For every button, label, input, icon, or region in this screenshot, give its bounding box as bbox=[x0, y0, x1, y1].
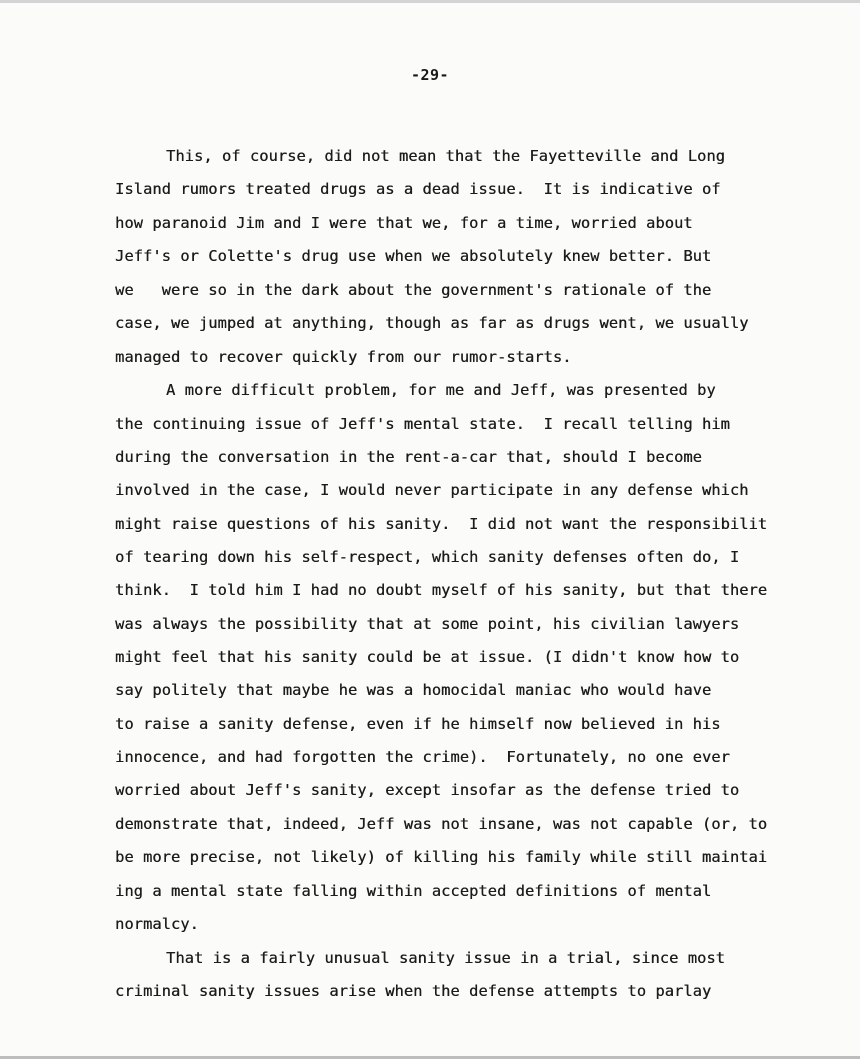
page-number: -29- bbox=[0, 66, 860, 84]
text-line: Jeff's or Colette's drug use when we abs… bbox=[115, 246, 711, 266]
text-line: say politely that maybe he was a homocid… bbox=[115, 680, 711, 700]
text-line: was always the possibility that at some … bbox=[115, 614, 739, 634]
text-line: think. I told him I had no doubt myself … bbox=[115, 580, 767, 600]
text-line: demonstrate that, indeed, Jeff was not i… bbox=[115, 814, 767, 834]
text-line: worried about Jeff's sanity, except inso… bbox=[115, 780, 739, 800]
text-line: to raise a sanity defense, even if he hi… bbox=[115, 714, 721, 734]
text-line: criminal sanity issues arise when the de… bbox=[115, 981, 711, 1001]
text-line: of tearing down his self-respect, which … bbox=[115, 547, 739, 567]
text-line: That is a fairly unusual sanity issue in… bbox=[166, 948, 725, 968]
text-line: might feel that his sanity could be at i… bbox=[115, 647, 739, 667]
scan-top-border bbox=[0, 0, 860, 3]
text-line: might raise questions of his sanity. I d… bbox=[115, 514, 767, 534]
text-line: the continuing issue of Jeff's mental st… bbox=[115, 414, 730, 434]
text-line: we were so in the dark about the governm… bbox=[115, 280, 711, 300]
text-line: normalcy. bbox=[115, 914, 199, 934]
text-line: be more precise, not likely) of killing … bbox=[115, 847, 767, 867]
text-line: This, of course, did not mean that the F… bbox=[166, 146, 725, 166]
text-line: involved in the case, I would never part… bbox=[115, 480, 748, 500]
text-line: case, we jumped at anything, though as f… bbox=[115, 313, 748, 333]
text-line: how paranoid Jim and I were that we, for… bbox=[115, 213, 693, 233]
text-line: innocence, and had forgotten the crime).… bbox=[115, 747, 730, 767]
text-line: Island rumors treated drugs as a dead is… bbox=[115, 179, 721, 199]
text-line: ing a mental state falling within accept… bbox=[115, 881, 711, 901]
text-line: A more difficult problem, for me and Jef… bbox=[166, 380, 716, 400]
text-line: during the conversation in the rent-a-ca… bbox=[115, 447, 702, 467]
text-line: managed to recover quickly from our rumo… bbox=[115, 347, 571, 367]
